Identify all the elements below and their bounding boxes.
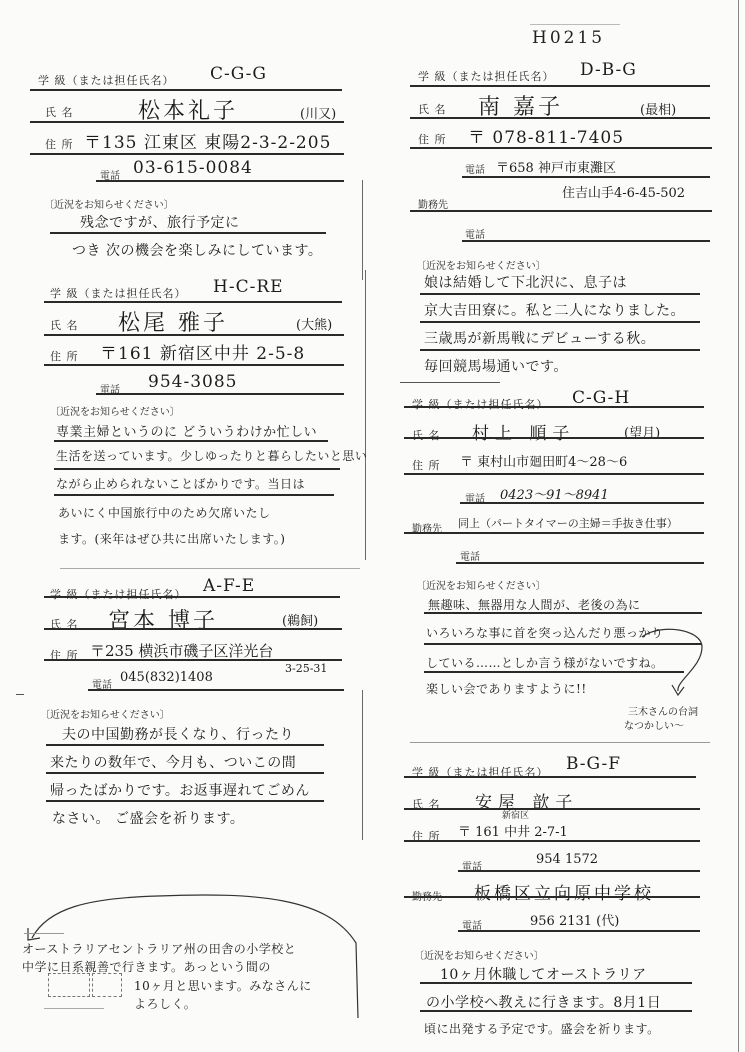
- address-value: 〒161 新宿区中井 2-5-8: [100, 339, 305, 364]
- phone-value: 045(832)1408: [120, 670, 213, 685]
- divider: [404, 896, 700, 898]
- divider: [54, 468, 340, 470]
- name-label: 氏 名: [45, 104, 74, 120]
- news-line: 娘は結婚して下北沢に、息子は: [424, 272, 627, 292]
- divider: [462, 176, 710, 178]
- address-label: 住 所: [50, 348, 79, 364]
- divider: [30, 121, 344, 123]
- divider: [46, 744, 324, 746]
- news-line: ながら止められないことばかりです。当日は: [56, 475, 305, 492]
- card-border: [365, 270, 366, 560]
- address-value: 〒 078-811-7405: [468, 123, 624, 148]
- news-prompt: 〔近況をお知らせください〕: [44, 196, 174, 211]
- divider: [458, 930, 700, 932]
- note-line: 10ヶ月と思います。みなさんに: [134, 977, 312, 994]
- news-line: 無趣味、無器用な人間が、老後の為に: [428, 596, 641, 613]
- class-value: A-F-E: [203, 576, 255, 596]
- divider: [96, 393, 344, 395]
- news-line: 生活を送っています。少しゆったりと暮らしたいと思い: [56, 447, 367, 464]
- divider: [30, 153, 344, 155]
- news-line: 残念ですが、旅行予定に: [80, 212, 240, 232]
- maiden-name: (大熊): [296, 314, 332, 333]
- class-value: C-G-G: [210, 64, 267, 84]
- phone-value: 0423～91～8941: [500, 484, 609, 503]
- news-line: 毎回競馬場通いです。: [424, 356, 568, 376]
- divider: [44, 596, 340, 598]
- news-line: している……としか言う様がないですね。: [426, 654, 664, 671]
- name-label: 氏 名: [412, 427, 441, 443]
- card-border: [362, 180, 363, 280]
- address-value: 〒 161 中井 2-7-1: [458, 821, 568, 840]
- maiden-name: (最相): [640, 99, 676, 118]
- phone-label: 電話: [465, 161, 485, 176]
- class-label: 学 級（または担任氏名）: [412, 764, 549, 780]
- divider: [44, 628, 342, 630]
- name-label: 氏 名: [50, 317, 79, 333]
- address-label: 住 所: [50, 647, 79, 663]
- address-label: 住 所: [418, 131, 447, 147]
- document-id: H0215: [532, 28, 605, 48]
- divider: [462, 240, 710, 242]
- postal-box: [48, 973, 90, 997]
- phone-value-line2: 住吉山手4-6-45-502: [562, 182, 685, 201]
- news-line: 専業主婦というのに どういうわけか忙しい: [56, 421, 317, 440]
- news-line: あいにく中国旅行中のため欠席いたし: [58, 504, 271, 521]
- divider: [44, 364, 344, 366]
- news-prompt: 〔近況をお知らせください〕: [414, 947, 544, 962]
- divider: [44, 334, 344, 336]
- divider: [44, 301, 342, 303]
- class-value: C-G-H: [572, 388, 630, 408]
- maiden-name: (鵜飼): [282, 610, 318, 629]
- class-label: 学 級（または担任氏名）: [38, 72, 175, 88]
- divider: [410, 117, 710, 119]
- divider: [88, 689, 344, 691]
- news-line: 京大吉田寮に。私と二人になりました。: [424, 300, 685, 320]
- class-label: 学 級（または担任氏名）: [418, 68, 555, 84]
- name-label: 氏 名: [50, 616, 79, 632]
- divider: [404, 840, 700, 842]
- divider: [44, 659, 342, 661]
- address-value: 〒 東村山市廻田町4～28～6: [460, 451, 627, 470]
- postal-box: [92, 973, 122, 997]
- divider: [456, 562, 704, 564]
- scan-edge: [738, 0, 739, 1052]
- news-line: 三歳馬が新馬戦にデビューする秋。: [424, 328, 655, 348]
- divider: [60, 568, 360, 569]
- divider: [404, 437, 704, 439]
- divider: [530, 24, 620, 25]
- divider: [54, 440, 328, 442]
- divider: [44, 1008, 104, 1009]
- address-label: 住 所: [412, 828, 441, 844]
- divider: [46, 772, 324, 774]
- note-line: オーストラリアセントラリア州の田舎の小学校と: [22, 940, 296, 957]
- divider: [410, 742, 710, 743]
- divider: [54, 494, 334, 496]
- class-value: H-C-RE: [213, 277, 284, 297]
- workplace-value: 板橋区立向原中学校: [474, 879, 654, 904]
- class-label: 学 級（または担任氏名）: [50, 285, 187, 301]
- phone-value: 03-615-0084: [133, 158, 253, 178]
- class-label: 学 級（または担任氏名）: [412, 396, 549, 412]
- divider: [420, 321, 700, 323]
- news-prompt: 〔近況をお知らせください〕: [416, 577, 546, 592]
- news-line: 帰ったばかりです。お返事遅れてごめん: [50, 780, 310, 800]
- news-prompt: 〔近況をお知らせください〕: [50, 403, 180, 418]
- class-value: D-B-G: [580, 60, 637, 80]
- news-line: 来たりの数年で、今月も、ついこの間: [50, 752, 296, 772]
- phone-value: 〒658 神戸市東灘区: [496, 157, 616, 176]
- divider: [410, 85, 710, 87]
- address-value-line2: 3-25-31: [285, 662, 327, 675]
- divider: [420, 982, 692, 984]
- name-value: 村上 順子: [472, 419, 575, 444]
- divider: [96, 180, 344, 182]
- news-line: 10ヶ月休職してオーストラリア: [440, 964, 647, 984]
- workplace-phone-label: 電話: [460, 548, 480, 563]
- annotation-arrow-icon: [640, 625, 710, 700]
- divider: [460, 502, 704, 504]
- divider: [400, 382, 500, 383]
- phone-value: 954-3085: [148, 372, 237, 392]
- divider: [404, 808, 700, 810]
- workplace-label: 勤務先: [418, 196, 448, 211]
- divider: [30, 89, 342, 91]
- class-label: 学 級（または担任氏名）: [50, 586, 187, 602]
- divider: [420, 1010, 692, 1012]
- divider: [410, 147, 712, 149]
- news-prompt: 〔近況をお知らせください〕: [40, 706, 170, 721]
- phone-value: 954 1572: [536, 852, 598, 867]
- divider: [420, 349, 700, 351]
- divider: [46, 800, 324, 802]
- news-line: ます。(来年はぜひ共に出席いたします。): [58, 530, 285, 547]
- address-label: 住 所: [45, 136, 74, 152]
- workplace-value: 同上（パートタイマーの主婦＝手抜き仕事）: [458, 515, 678, 531]
- divider: [404, 776, 696, 778]
- name-value: 松尾 雅子: [118, 306, 228, 337]
- divider: [424, 612, 702, 614]
- news-prompt: 〔近況をお知らせください〕: [416, 257, 546, 272]
- news-line: つき 次の機会を楽しみにしています。: [72, 240, 322, 260]
- divider: [458, 870, 700, 872]
- news-line: 楽しい会でありますように!!: [426, 680, 587, 697]
- address-value: 〒135 江東区 東陽2-3-2-205: [84, 128, 331, 153]
- divider: [404, 473, 704, 475]
- note-line: よろしく。: [134, 995, 196, 1012]
- address-annotation: 新宿区: [502, 808, 529, 821]
- workplace-phone-value: 956 2131 (代): [530, 910, 619, 929]
- divider: [24, 933, 64, 934]
- divider: [50, 232, 326, 234]
- address-label: 住 所: [412, 457, 441, 473]
- news-line: なさい。 ご盛会を祈ります。: [52, 808, 244, 828]
- name-value: 宮本 博子: [108, 604, 218, 635]
- margin-note: なつかしい～: [624, 717, 684, 732]
- news-line: 頃に出発する予定です。盛会を祈ります。: [424, 1020, 660, 1037]
- maiden-name: (川又): [300, 103, 336, 122]
- name-label: 氏 名: [412, 796, 441, 812]
- name-label: 氏 名: [418, 101, 447, 117]
- divider: [410, 210, 712, 212]
- class-value: B-G-F: [566, 754, 621, 774]
- news-line: の小学校へ教えに行きます。8月1日: [426, 992, 661, 1012]
- card-border: [362, 690, 363, 840]
- news-line: いろいろな事に首を突っ込んだり悪っかり: [426, 624, 664, 641]
- margin-note: 三木さんの台詞: [628, 703, 698, 718]
- divider: [16, 694, 24, 695]
- divider: [404, 406, 704, 408]
- divider: [404, 532, 704, 534]
- news-line: 夫の中国勤務が長くなり、行ったり: [62, 724, 294, 744]
- workplace-phone-label: 電話: [465, 226, 485, 241]
- address-value: 〒235 横浜市磯子区洋光台: [90, 640, 273, 661]
- divider: [420, 293, 700, 295]
